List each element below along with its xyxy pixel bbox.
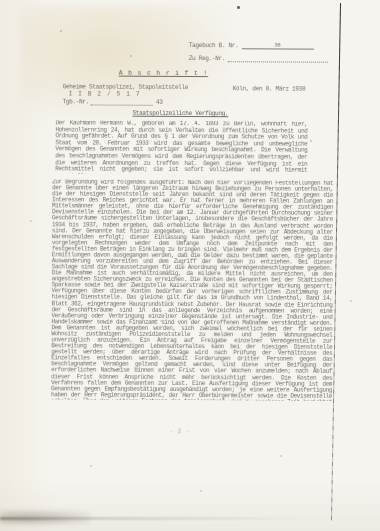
- journal-number-label: Tagebuch B. Nr.: [189, 42, 239, 49]
- body-paragraph-1: Der Kaufmann Hermann W., geboren am 17. …: [55, 120, 307, 174]
- sender-file-blank: [91, 97, 153, 105]
- registry-number-blank: [228, 54, 328, 63]
- body-paragraph-2: Zur Begründung wird folgendes ausgeführt…: [51, 179, 333, 400]
- subject-heading: Staatspolizeiliche Verfügung.: [133, 110, 229, 118]
- scanned-document-page: Tagebuch B. Nr. 38 Zu Reg.-Nr. A b s c h…: [0, 0, 380, 531]
- sender-block: Geheime Staatspolizei, Stapoleitstelle I…: [1, 0, 380, 1]
- date-line: Köln, den 8. März 1938: [233, 85, 306, 92]
- journal-number-line: Tagebuch B. Nr. 38: [189, 41, 314, 50]
- registry-number-label: Zu Reg.-Nr.: [189, 55, 225, 62]
- typed-content: Tagebuch B. Nr. 38 Zu Reg.-Nr. A b s c h…: [0, 0, 380, 531]
- bottom-edge-shadow: [0, 517, 310, 520]
- registry-number-line: Zu Reg.-Nr.: [189, 54, 328, 63]
- page-number: - 2 -: [0, 427, 361, 436]
- sender-file-label: Tgb.-Nr.: [63, 98, 89, 105]
- sender-line-3: Tgb.-Nr. 43: [63, 97, 163, 106]
- journal-number-value: 38: [241, 41, 313, 49]
- copy-heading: A b s c h r i f t !: [119, 70, 208, 77]
- sender-file-value: 43: [156, 99, 163, 106]
